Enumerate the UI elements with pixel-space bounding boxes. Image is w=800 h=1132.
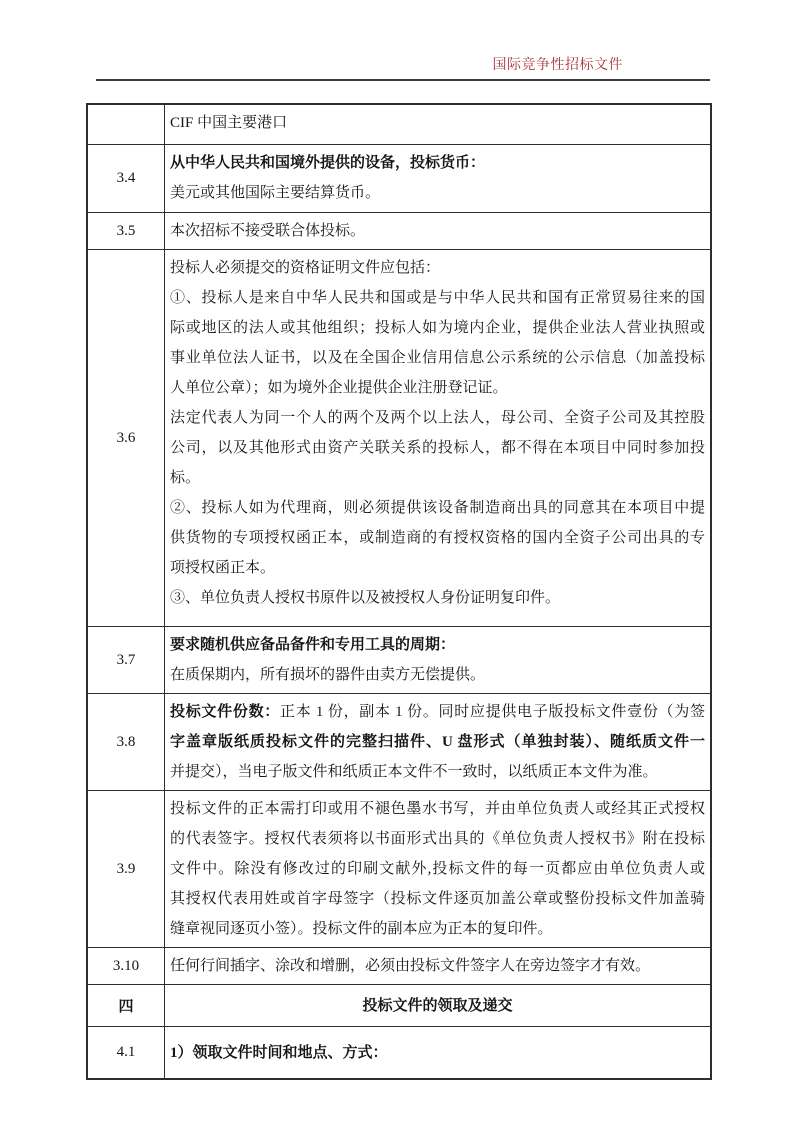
clause-number-text: 3.7 (117, 652, 136, 669)
clause-text: 投标文件的正本需打印或用不褪色墨水书写，并由单位负责人或经其正式授权 (170, 801, 705, 817)
clause-text: 公司，以及其他形式由资产关联关系的投标人，都不得在本项目中同时参加投 (170, 440, 705, 456)
clause-number-text: 3.6 (117, 430, 136, 447)
clause-text: ③、单位负责人授权书原件以及被授权人身份证明复印件。 (170, 590, 560, 606)
clause-text-line: 1）领取文件时间和地点、方式： (170, 1038, 705, 1068)
clause-text-line: 本次招标不接受联合体投标。 (170, 216, 705, 246)
clause-text-bold: 从中华人民共和国境外提供的设备，投标货币： (170, 155, 485, 171)
clause-text-line: 的代表签字。授权代表须将以书面形式出具的《单位负责人授权书》附在投标 (170, 824, 705, 854)
clause-text: 并提交），当电子版文件和纸质正本文件不一致时，以纸质正本文件为准。 (170, 764, 658, 780)
clause-text-line: 从中华人民共和国境外提供的设备，投标货币： (170, 148, 705, 178)
clause-content: 投标人必须提交的资格证明文件应包括：①、投标人是来自中华人民共和国或是与中华人民… (165, 250, 710, 626)
clause-text-line: ②、投标人如为代理商，则必须提供该设备制造商出具的同意其在本项目中提 (170, 493, 705, 523)
table-row-sec-4: 四投标文件的领取及递交 (88, 985, 710, 1027)
clause-text-line: ③、单位负责人授权书原件以及被授权人身份证明复印件。 (170, 583, 705, 613)
clause-number-text: 3.4 (117, 170, 136, 187)
header-rule (96, 79, 710, 81)
clause-number-text: 4.1 (117, 1044, 136, 1061)
clause-text: 事业单位法人证书，以及在全国企业信用信息公示系统的公示信息（加盖投标 (170, 350, 705, 366)
clause-number: 3.10 (88, 948, 165, 984)
clause-text-line: 并提交），当电子版文件和纸质正本文件不一致时，以纸质正本文件为准。 (170, 757, 705, 787)
clause-text-line: 美元或其他国际主要结算货币。 (170, 178, 705, 208)
clause-content: CIF 中国主要港口 (165, 105, 710, 144)
clause-text-line: ①、投标人是来自中华人民共和国或是与中华人民共和国有正常贸易往来的国 (170, 283, 705, 313)
clause-text-bold: 投标文件的领取及递交 (362, 998, 512, 1014)
clause-content: 投标文件的正本需打印或用不褪色墨水书写，并由单位负责人或经其正式授权的代表签字。… (165, 791, 710, 947)
clause-text: ①、投标人是来自中华人民共和国或是与中华人民共和国有正常贸易往来的国 (170, 290, 705, 306)
clause-text: 在质保期内，所有损坏的器件由卖方无偿提供。 (170, 667, 485, 683)
clause-text-line: 法定代表人为同一个人的两个及两个以上法人，母公司、全资子公司及其控股 (170, 403, 705, 433)
clause-number: 3.4 (88, 145, 165, 212)
clause-text-bold: 要求随机供应备品备件和专用工具的周期： (170, 637, 455, 653)
clause-number: 3.6 (88, 250, 165, 626)
clause-number: 4.1 (88, 1027, 165, 1078)
clause-text-line: 投标文件份数：正本 1 份，副本 1 份。同时应提供电子版投标文件壹份（为签 (170, 697, 705, 727)
clause-content: 本次招标不接受联合体投标。 (165, 213, 710, 249)
clause-number-text: 3.9 (117, 861, 136, 878)
table-row-continued: CIF 中国主要港口 (88, 105, 710, 145)
clause-number-text: 3.5 (117, 223, 136, 240)
clause-number-text: 四 (118, 995, 133, 1016)
clause-text: 任何行间插字、涂改和增删，必须由投标文件签字人在旁边签字才有效。 (170, 958, 650, 974)
bidding-conditions-table: CIF 中国主要港口3.4从中华人民共和国境外提供的设备，投标货币：美元或其他国… (86, 103, 712, 1080)
clause-content: 投标文件的领取及递交 (165, 985, 710, 1026)
table-row-3-9: 3.9投标文件的正本需打印或用不褪色墨水书写，并由单位负责人或经其正式授权的代表… (88, 791, 710, 948)
clause-number: 四 (88, 985, 165, 1026)
clause-text: 际或地区的法人或其他组织；投标人如为境内企业，提供企业法人营业执照或 (170, 320, 705, 336)
clause-text: 供货物的专项授权函正本，或制造商的有授权资格的国内全资子公司出具的专 (170, 530, 705, 546)
clause-text-line: 文件中。除没有修改过的印刷文献外,投标文件的每一页都应由单位负责人或 (170, 854, 705, 884)
clause-number: 3.7 (88, 627, 165, 693)
clause-text-line: 任何行间插字、涂改和增删，必须由投标文件签字人在旁边签字才有效。 (170, 951, 705, 981)
clause-text: ②、投标人如为代理商，则必须提供该设备制造商出具的同意其在本项目中提 (170, 500, 705, 516)
clause-text-line: 标。 (170, 463, 705, 493)
clause-text: 标。 (170, 470, 200, 486)
table-row-3-4: 3.4从中华人民共和国境外提供的设备，投标货币：美元或其他国际主要结算货币。 (88, 145, 710, 213)
clause-text-line: 际或地区的法人或其他组织；投标人如为境内企业，提供企业法人营业执照或 (170, 313, 705, 343)
clause-text-line: CIF 中国主要港口 (170, 108, 705, 138)
table-row-3-6: 3.6投标人必须提交的资格证明文件应包括：①、投标人是来自中华人民共和国或是与中… (88, 250, 710, 627)
clause-content: 从中华人民共和国境外提供的设备，投标货币：美元或其他国际主要结算货币。 (165, 145, 710, 212)
clause-number: 3.9 (88, 791, 165, 947)
clause-text: 项授权函正本。 (170, 560, 275, 576)
clause-text: 本次招标不接受联合体投标。 (170, 223, 365, 239)
clause-text: 法定代表人为同一个人的两个及两个以上法人，母公司、全资子公司及其控股 (170, 410, 705, 426)
table-row-3-10: 3.10任何行间插字、涂改和增删，必须由投标文件签字人在旁边签字才有效。 (88, 948, 710, 985)
clause-text-bold: 投标文件份数： (170, 704, 280, 720)
clause-text: 文件中。除没有修改过的印刷文献外,投标文件的每一页都应由单位负责人或 (170, 861, 705, 877)
clause-number: 3.5 (88, 213, 165, 249)
clause-text-line: 字盖章版纸质投标文件的完整扫描件、U 盘形式（单独封装）、随纸质文件一 (170, 727, 705, 757)
clause-text-line: 事业单位法人证书，以及在全国企业信用信息公示系统的公示信息（加盖投标 (170, 343, 705, 373)
page-header-title: 国际竞争性招标文件 (493, 56, 624, 76)
clause-content: 1）领取文件时间和地点、方式： (165, 1027, 710, 1078)
clause-text: 美元或其他国际主要结算货币。 (170, 185, 380, 201)
clause-text-line: 供货物的专项授权函正本，或制造商的有授权资格的国内全资子公司出具的专 (170, 523, 705, 553)
clause-number: 3.8 (88, 694, 165, 790)
clause-text-line: 其授权代表用姓或首字母签字（投标文件逐页加盖公章或整份投标文件加盖骑 (170, 884, 705, 914)
clause-text: 的代表签字。授权代表须将以书面形式出具的《单位负责人授权书》附在投标 (170, 831, 705, 847)
clause-text-line: 投标文件的正本需打印或用不褪色墨水书写，并由单位负责人或经其正式授权 (170, 794, 705, 824)
clause-number-text: 3.10 (113, 958, 139, 975)
clause-content: 投标文件份数：正本 1 份，副本 1 份。同时应提供电子版投标文件壹份（为签字盖… (165, 694, 710, 790)
clause-text: 人单位公章）；如为境外企业提供企业注册登记证。 (170, 380, 508, 396)
document-page: 国际竞争性招标文件 CIF 中国主要港口3.4从中华人民共和国境外提供的设备，投… (0, 0, 800, 1132)
clause-content: 任何行间插字、涂改和增删，必须由投标文件签字人在旁边签字才有效。 (165, 948, 710, 984)
table-row-3-5: 3.5本次招标不接受联合体投标。 (88, 213, 710, 250)
clause-text-line: 投标文件的领取及递交 (170, 991, 705, 1021)
clause-text-line: 投标人必须提交的资格证明文件应包括： (170, 253, 705, 283)
clause-text: CIF 中国主要港口 (170, 115, 287, 131)
clause-text-bold: 字盖章版纸质投标文件的完整扫描件、U 盘形式（单独封装）、随纸质文件一 (170, 734, 705, 750)
clause-text-line: 要求随机供应备品备件和专用工具的周期： (170, 630, 705, 660)
clause-text-bold: 1）领取文件时间和地点、方式： (170, 1045, 388, 1061)
clause-text-line: 在质保期内，所有损坏的器件由卖方无偿提供。 (170, 660, 705, 690)
table-row-3-7: 3.7要求随机供应备品备件和专用工具的周期：在质保期内，所有损坏的器件由卖方无偿… (88, 627, 710, 694)
clause-text-line: 项授权函正本。 (170, 553, 705, 583)
clause-text-line: 缝章视同逐页小签）。投标文件的副本应为正本的复印件。 (170, 914, 705, 944)
clause-number-text: 3.8 (117, 734, 136, 751)
clause-text: 缝章视同逐页小签）。投标文件的副本应为正本的复印件。 (170, 921, 553, 937)
clause-text-line: 公司，以及其他形式由资产关联关系的投标人，都不得在本项目中同时参加投 (170, 433, 705, 463)
clause-text: 正本 1 份，副本 1 份。同时应提供电子版投标文件壹份（为签 (280, 704, 705, 720)
clause-number (88, 105, 165, 144)
clause-text: 其授权代表用姓或首字母签字（投标文件逐页加盖公章或整份投标文件加盖骑 (170, 891, 705, 907)
clause-content: 要求随机供应备品备件和专用工具的周期：在质保期内，所有损坏的器件由卖方无偿提供。 (165, 627, 710, 693)
clause-text: 投标人必须提交的资格证明文件应包括： (170, 260, 440, 276)
table-row-4-1: 4.11）领取文件时间和地点、方式： (88, 1027, 710, 1078)
clause-text-line: 人单位公章）；如为境外企业提供企业注册登记证。 (170, 373, 705, 403)
table-row-3-8: 3.8投标文件份数：正本 1 份，副本 1 份。同时应提供电子版投标文件壹份（为… (88, 694, 710, 791)
